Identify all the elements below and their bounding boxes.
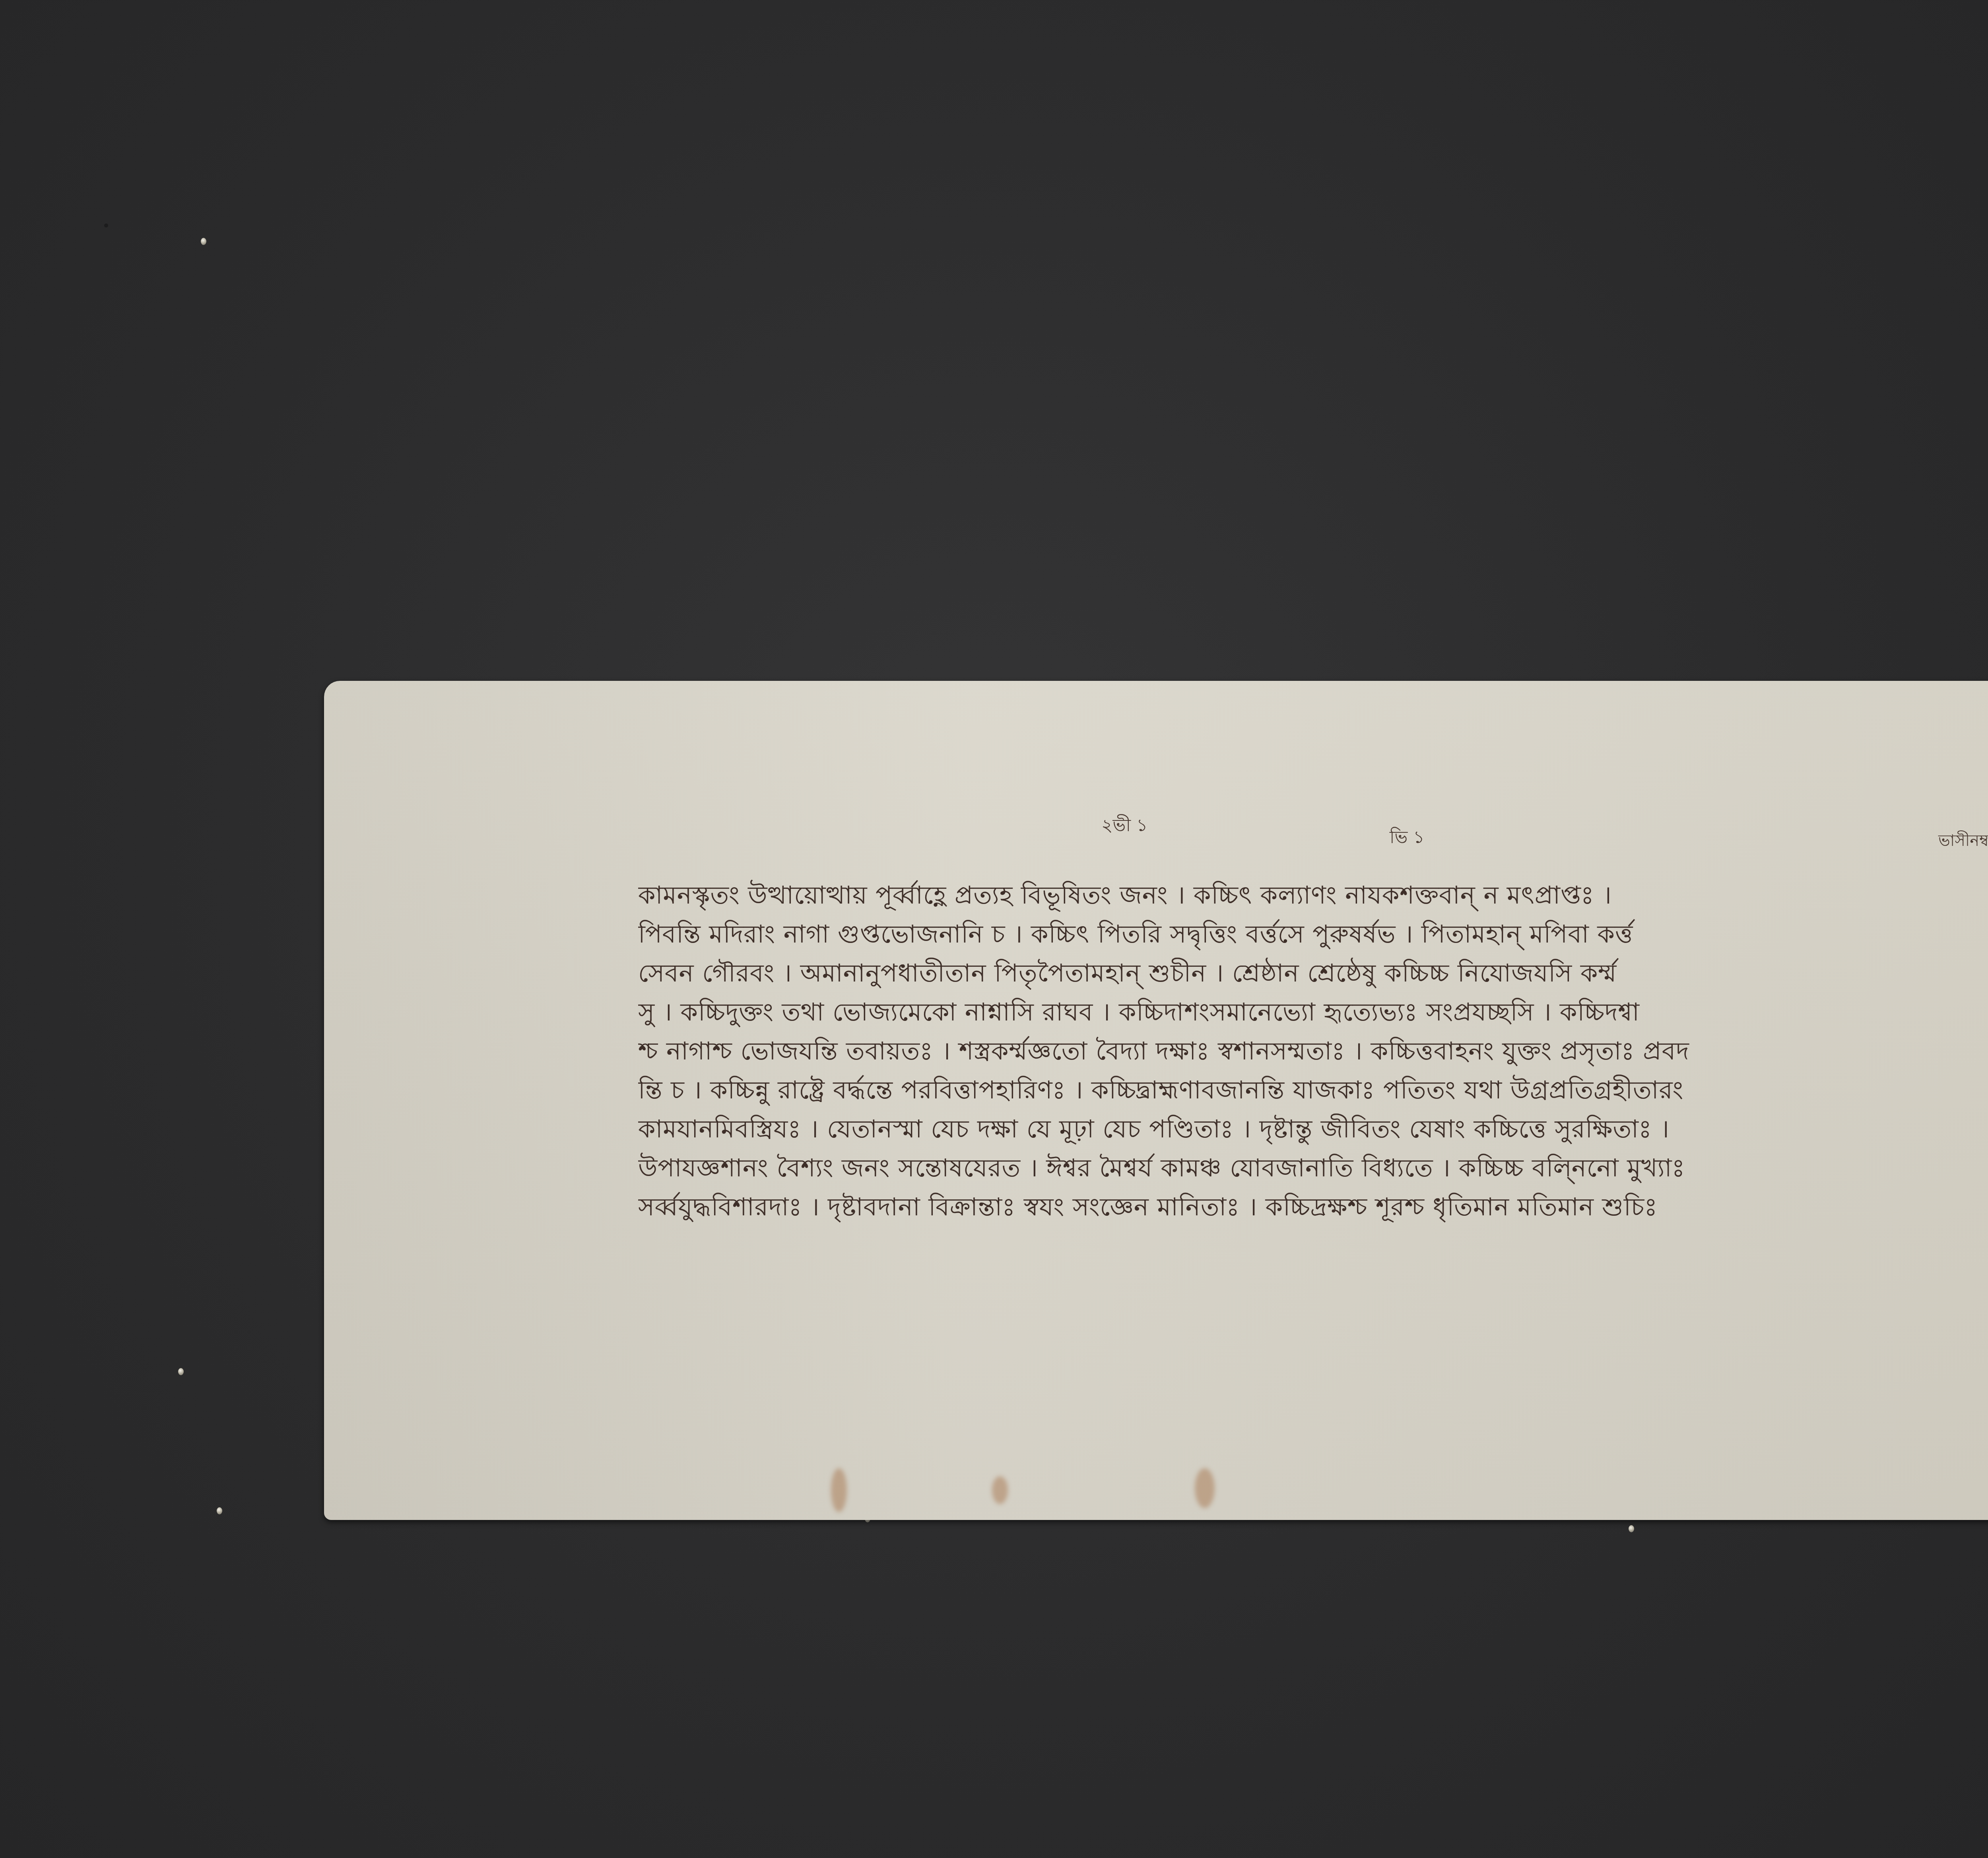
- text-line: সেবন গৌরবং । অমানানুপধাতীতান পিতৃপৈতামহা…: [638, 954, 1988, 993]
- text-line: শ্চ নাগাশ্চ ভোজযন্তি তবায়তঃ । শস্ত্রকর্…: [638, 1032, 1988, 1071]
- text-line: ন্তি চ । কচ্চিন্নু রাষ্ট্রে বর্দ্ধন্তে প…: [638, 1071, 1988, 1110]
- text-line: সর্ব্বযুদ্ধবিশারদাঃ । দৃষ্টাবদানা বিক্রা…: [638, 1187, 1988, 1226]
- mount-pin: [201, 238, 206, 245]
- margin-note-left: ২ভী ১: [1101, 812, 1148, 841]
- rust-stain: [831, 1468, 847, 1512]
- mount-hole: [104, 224, 108, 227]
- text-line: সু । কচ্চিদুক্তং তথা ভোজ্যমেকো নাশ্নাসি …: [638, 993, 1988, 1032]
- mount-pin: [1629, 1525, 1634, 1532]
- margin-note-right: ভাসীনম্ব, মী ১: [1938, 828, 1988, 855]
- rust-stain: [992, 1476, 1008, 1504]
- margin-note-center: ভি ১: [1390, 824, 1425, 853]
- rust-stain: [1195, 1468, 1215, 1508]
- mount-pin: [217, 1507, 222, 1514]
- text-line: কামযানমিবস্ত্রিযঃ । যেতানস্মা যেচ দক্ষা …: [638, 1110, 1988, 1149]
- text-line: কামনস্কৃতং উত্থায়োত্থায় পূর্ব্বাহ্ণে প…: [638, 876, 1988, 915]
- manuscript-leaf: ২ভী ১ ভি ১ ভাসীনম্ব, মী ১ কামনস্কৃতং উত্…: [324, 681, 1988, 1520]
- manuscript-text: কামনস্কৃতং উত্থায়োত্থায় পূর্ব্বাহ্ণে প…: [638, 876, 1988, 1226]
- mount-pin: [178, 1368, 184, 1375]
- text-line: উপাযজ্ঞশানং বৈশ্যং জনং সন্তোষযেরত । ঈশ্ব…: [638, 1149, 1988, 1187]
- text-line: পিবন্তি মদিরাং নাগা গুপ্তভোজনানি চ । কচ্…: [638, 915, 1988, 954]
